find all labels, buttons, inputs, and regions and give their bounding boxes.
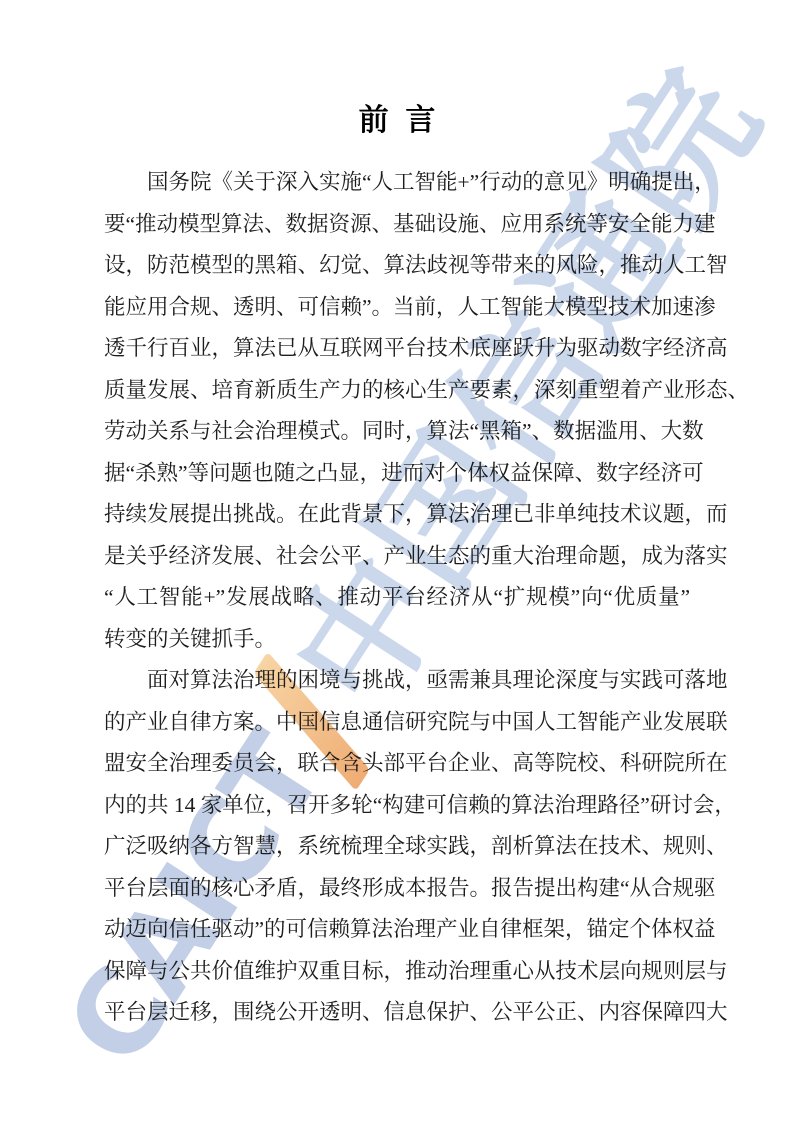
text-line: 透千行百业，算法已从互联网平台技术底座跃升为驱动数字经济高 xyxy=(104,328,690,370)
text-line: 国务院《关于深入实施“人工智能+”行动的意见》明确提出， xyxy=(104,162,690,204)
text-line: 的产业自律方案。中国信息通信研究院与中国人工智能产业发展联 xyxy=(104,702,690,744)
text-line: 设，防范模型的黑箱、幻觉、算法歧视等带来的风险，推动人工智 xyxy=(104,245,690,287)
text-line: 能应用合规、透明、可信赖”。当前，人工智能大模型技术加速渗 xyxy=(104,287,690,329)
text-line: 面对算法治理的困境与挑战，亟需兼具理论深度与实践可落地 xyxy=(104,660,690,702)
text-line: 广泛吸纳各方智慧，系统梳理全球实践，剖析算法在技术、规则、 xyxy=(104,826,690,868)
text-line: 平台层迁移，围绕公开透明、信息保护、公平公正、内容保障四大 xyxy=(104,992,690,1034)
text-line: 持续发展提出挑战。在此背景下，算法治理已非单纯技术议题，而 xyxy=(104,494,690,536)
paragraph: 面对算法治理的困境与挑战，亟需兼具理论深度与实践可落地的产业自律方案。中国信息通… xyxy=(104,660,690,1034)
text-line: 内的共 14 家单位，召开多轮“构建可信赖的算法治理路径”研讨会， xyxy=(104,785,690,827)
text-line: 质量发展、培育新质生产力的核心生产要素，深刻重塑着产业形态、 xyxy=(104,370,690,412)
text-line: 平台层面的核心矛盾，最终形成本报告。报告提出构建“从合规驱 xyxy=(104,868,690,910)
text-line: 动迈向信任驱动”的可信赖算法治理产业自律框架，锚定个体权益 xyxy=(104,909,690,951)
document-body: 国务院《关于深入实施“人工智能+”行动的意见》明确提出，要“推动模型算法、数据资… xyxy=(104,162,690,1034)
document-page: CAICT 中国信通院 前 言 国务院《关于深入实施“人工智能+”行动的意见》明… xyxy=(0,0,794,1123)
text-line: 盟安全治理委员会，联合含头部平台企业、高等院校、科研院所在 xyxy=(104,743,690,785)
text-line: 保障与公共价值维护双重目标，推动治理重心从技术层向规则层与 xyxy=(104,951,690,993)
page-title: 前 言 xyxy=(104,104,690,138)
text-line: 劳动关系与社会治理模式。同时，算法“黑箱”、数据滥用、大数 xyxy=(104,411,690,453)
text-line: 转变的关键抓手。 xyxy=(104,619,690,661)
paragraph: 国务院《关于深入实施“人工智能+”行动的意见》明确提出，要“推动模型算法、数据资… xyxy=(104,162,690,660)
document-content: 前 言 国务院《关于深入实施“人工智能+”行动的意见》明确提出，要“推动模型算法… xyxy=(0,0,794,1034)
text-line: 要“推动模型算法、数据资源、基础设施、应用系统等安全能力建 xyxy=(104,204,690,246)
text-line: “人工智能+”发展战略、推动平台经济从“扩规模”向“优质量” xyxy=(104,577,690,619)
text-line: 据“杀熟”等问题也随之凸显，进而对个体权益保障、数字经济可 xyxy=(104,453,690,495)
text-line: 是关乎经济发展、社会公平、产业生态的重大治理命题，成为落实 xyxy=(104,536,690,578)
